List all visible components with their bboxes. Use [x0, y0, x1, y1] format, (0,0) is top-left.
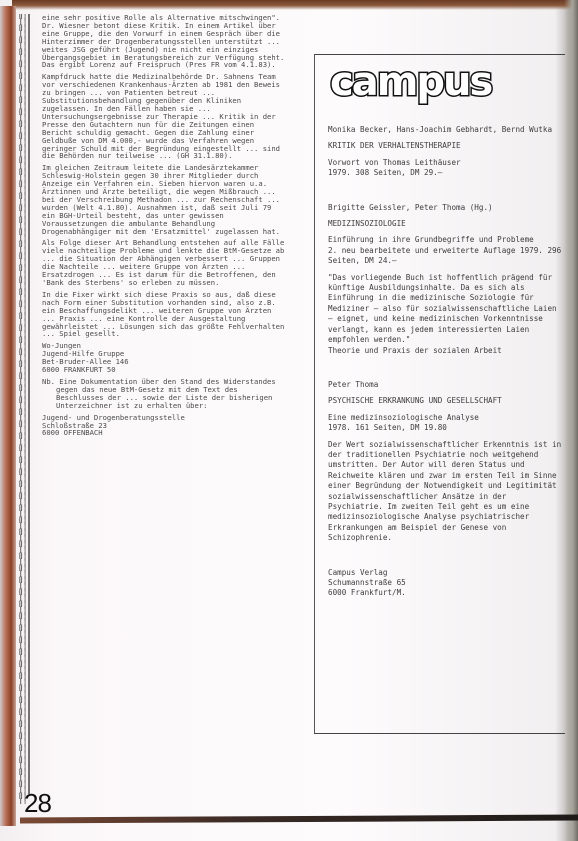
book1-authors: Monika Becker, Hans-Joachim Gebhardt, Be…: [328, 125, 563, 135]
article-paragraph: eine sehr positive Rolle als Alternative…: [42, 14, 288, 69]
publisher-street: Schumannstraße 65: [328, 578, 563, 588]
contact-block: Wo-Jungen Jugend-Hilfe Gruppe Bet-Bruder…: [42, 342, 288, 374]
article-paragraph: Im gleichen Zeitraum leitete die Landesä…: [42, 164, 288, 235]
book1-foreword: Vorwort von Thomas Leithäuser: [328, 158, 563, 168]
book3-description: Der Wert sozialwissenschaftlicher Erkenn…: [328, 440, 563, 544]
margin-annotations: ǁ|ǀ|ǁ|ǀ|ǁ|ǀ|ǁ|ǀ|ǁ|ǀ|ǁ|ǀ|ǁ|ǀ|ǁ|ǀ|ǁ|ǀ|ǁ|ǀ|…: [18, 14, 28, 804]
page-number: 28: [24, 788, 51, 819]
book2-subtitle: Einführung in ihre Grundbegriffe und Pro…: [328, 235, 563, 245]
address-line: 6000 OFFENBACH: [42, 429, 288, 437]
book3-title: PSYCHISCHE ERKRANKUNG UND GESELLSCHAFT: [328, 396, 563, 406]
book2-title: MEDIZINSOZIOLOGIE: [328, 219, 563, 229]
page-binding-edge: [0, 6, 16, 826]
book3-author: Peter Thoma: [328, 380, 563, 390]
scanned-page: ǁ|ǀ|ǁ|ǀ|ǁ|ǀ|ǁ|ǀ|ǁ|ǀ|ǁ|ǀ|ǁ|ǀ|ǁ|ǀ|ǁ|ǀ|ǁ|ǀ|…: [0, 0, 578, 841]
book2-edition: 2. neu bearbeitete und erweiterte Auflag…: [328, 246, 563, 267]
column-rule: [28, 14, 30, 794]
book3-details: 1978. 161 Seiten, DM 19.80: [328, 423, 563, 433]
book2-authors: Brigitte Geissler, Peter Thoma (Hg.): [328, 203, 563, 213]
publisher-city: 6000 Frankfurt/M.: [328, 588, 563, 598]
article-column: eine sehr positive Rolle als Alternative…: [42, 14, 288, 437]
publisher-ad-content: Monika Becker, Hans-Joachim Gebhardt, Be…: [328, 125, 563, 599]
campus-logo: campus: [330, 60, 491, 104]
publisher-name: Campus Verlag: [328, 568, 563, 578]
article-paragraph: Kampfdruck hatte die Medizinalbehörde Dr…: [42, 73, 288, 160]
documentation-note: Nb. Eine Dokumentation über den Stand de…: [42, 378, 288, 410]
page-top-edge: [12, 0, 578, 10]
page-right-shadow: [564, 0, 578, 841]
address-block: Jugend- und Drogenberatungsstelle Schloß…: [42, 414, 288, 438]
contact-line: 6000 FRANKFURT 50: [42, 366, 288, 374]
book3-subtitle: Eine medizinsoziologische Analyse: [328, 413, 563, 423]
page-bottom-edge: [20, 815, 578, 824]
article-paragraph: In die Fixer wirkt sich diese Praxis so …: [42, 291, 288, 338]
book1-details: 1979. 308 Seiten, DM 29.—: [328, 168, 563, 178]
book2-quote: "Das vorliegende Buch ist hoffentlich pr…: [328, 273, 563, 346]
article-paragraph: Als Folge dieser Art Behandlung entstehe…: [42, 239, 288, 286]
book1-title: KRITIK DER VERHALTENSTHERAPIE: [328, 141, 563, 151]
book2-quote-source: Theorie und Praxis der sozialen Arbeit: [328, 346, 563, 356]
